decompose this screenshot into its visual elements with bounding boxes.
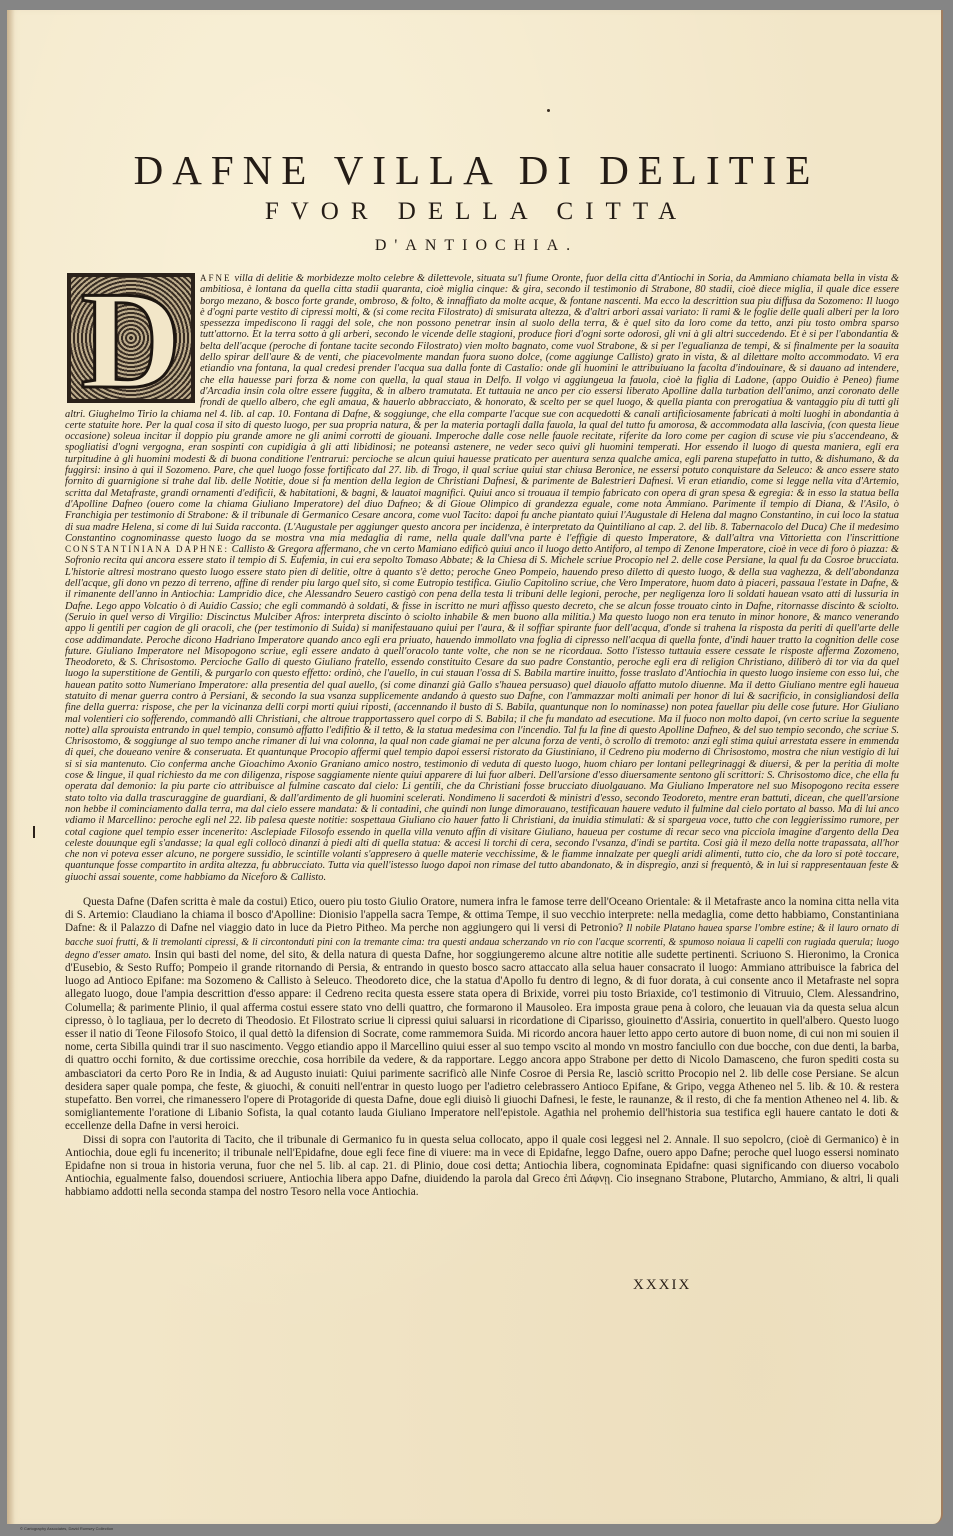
title-line-3: D'ANTIOCHIA.: [0, 237, 953, 255]
decorated-initial: D: [67, 273, 195, 403]
paragraph-1-part-b: Insin qui basti del nome, del sito, & de…: [65, 949, 899, 1133]
lead-smallcaps: AFNE: [200, 273, 232, 283]
footer-credit: © Cartography Associates, David Rumsey C…: [20, 1526, 113, 1531]
paragraph-2: Dissi di sopra con l'autorita di Tacito,…: [65, 1134, 899, 1200]
italic-text-part-2: Callisto & Gregora affermano, che vn cer…: [65, 544, 899, 883]
paper-speck: [547, 109, 550, 112]
folio-number: XXXIX: [633, 1277, 691, 1294]
initial-letter: D: [80, 271, 181, 411]
roman-body-text: Questa Dafne (Dafen scritta è male da co…: [65, 896, 899, 1200]
title-line-1: DAFNE VILLA DI DELITIE: [0, 146, 953, 194]
inscription-text: CONSTANTINIANA DAPHNE:: [65, 544, 229, 554]
margin-mark: [33, 826, 35, 838]
paragraph-1: Questa Dafne (Dafen scritta è male da co…: [65, 896, 899, 1134]
title-line-2: FVOR DELLA CITTA: [0, 198, 953, 226]
